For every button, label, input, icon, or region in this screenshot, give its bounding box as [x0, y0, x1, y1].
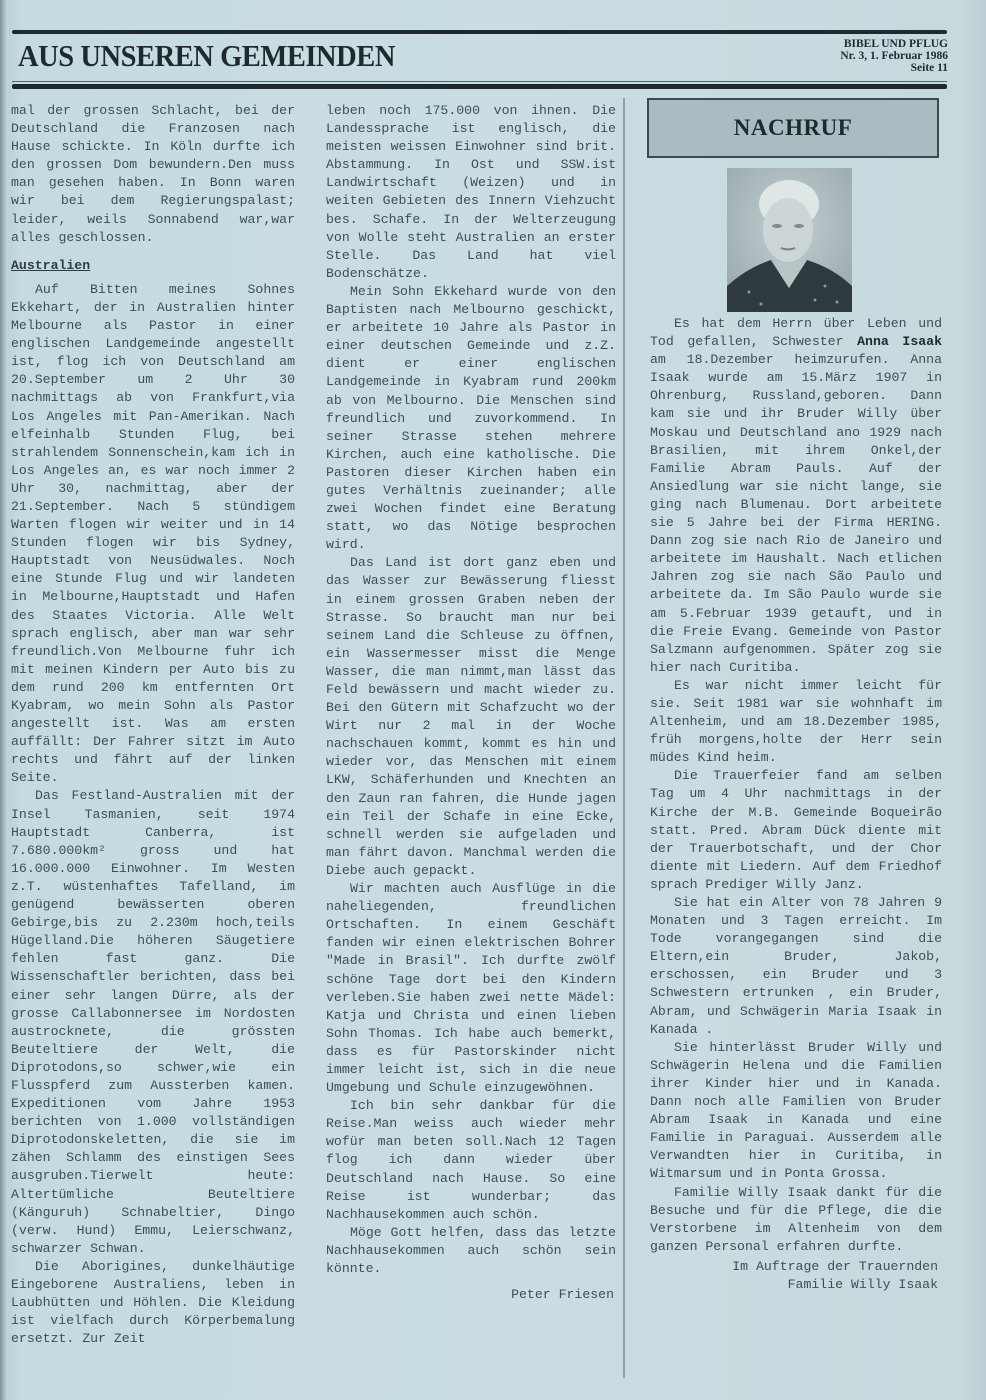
masthead-top-rule [12, 30, 947, 34]
masthead-bottom-rule [12, 84, 947, 89]
article-subheading: Australien [11, 257, 295, 275]
publication-info: BIBEL UND PFLUG Nr. 3, 1. Februar 1986 S… [840, 38, 948, 74]
article-paragraph: Ich bin sehr dankbar für die Reise.Man w… [326, 1097, 616, 1224]
obituary-first-paragraph: Es hat dem Herrn über Leben und Tod gefa… [650, 315, 942, 677]
obituary-text: am 18.Dezember heimzurufen. Anna Isaak w… [650, 352, 942, 675]
issue-date: Nr. 3, 1. Februar 1986 [840, 50, 948, 62]
obituary-heading: NACHRUF [734, 115, 853, 141]
obituary-paragraph: Sie hinterlässt Bruder Willy und Schwäge… [650, 1039, 942, 1184]
obituary-paragraph: Familie Willy Isaak dankt für die Besuch… [650, 1184, 942, 1256]
article-column-2: leben noch 175.000 von ihnen. Die Landes… [326, 102, 616, 1304]
obituary-heading-box: NACHRUF [647, 98, 939, 158]
deceased-name: Anna Isaak [857, 334, 942, 349]
page-binding-edge [0, 0, 6, 1400]
obituary-signature-line-2: Familie Willy Isaak [650, 1276, 942, 1294]
newspaper-page: AUS UNSEREN GEMEINDEN BIBEL UND PFLUG Nr… [0, 0, 986, 1400]
article-paragraph-continued: leben noch 175.000 von ihnen. Die Landes… [326, 102, 616, 283]
article-paragraph: Wir machten auch Ausflüge in die nahelie… [326, 880, 616, 1097]
section-title: AUS UNSEREN GEMEINDEN [18, 38, 395, 74]
article-paragraph: Das Festland-Australien mit der Insel Ta… [11, 787, 295, 1257]
article-paragraph: Auf Bitten meines Sohnes Ekkehart, der i… [11, 281, 295, 788]
article-author: Peter Friesen [326, 1286, 616, 1304]
masthead-thin-rule [12, 81, 947, 82]
publication-name: BIBEL UND PFLUG [840, 38, 948, 50]
article-paragraph: Möge Gott helfen, dass das letzte Nachha… [326, 1224, 616, 1278]
obituary-paragraph: Es war nicht immer leicht für sie. Seit … [650, 677, 942, 767]
column-divider [623, 98, 625, 1378]
obituary-portrait-photo [727, 168, 852, 312]
obituary-signature-line-1: Im Auftrage der Trauernden [650, 1258, 942, 1276]
obituary-paragraph: Die Trauerfeier fand am selben Tag um 4 … [650, 767, 942, 894]
obituary-column: Es hat dem Herrn über Leben und Tod gefa… [650, 315, 942, 1294]
page-number: Seite 11 [840, 62, 948, 74]
article-paragraph: Mein Sohn Ekkehard wurde von den Baptist… [326, 283, 616, 554]
article-column-1: mal der grossen Schlacht, bei der Deutsc… [11, 102, 295, 1348]
article-paragraph: Das Land ist dort ganz eben und das Wass… [326, 554, 616, 880]
obituary-paragraph: Sie hat ein Alter von 78 Jahren 9 Monate… [650, 894, 942, 1039]
article-paragraph: Die Aborigines, dunkelhäutige Eingeboren… [11, 1258, 295, 1348]
article-intro-paragraph: mal der grossen Schlacht, bei der Deutsc… [11, 102, 295, 247]
